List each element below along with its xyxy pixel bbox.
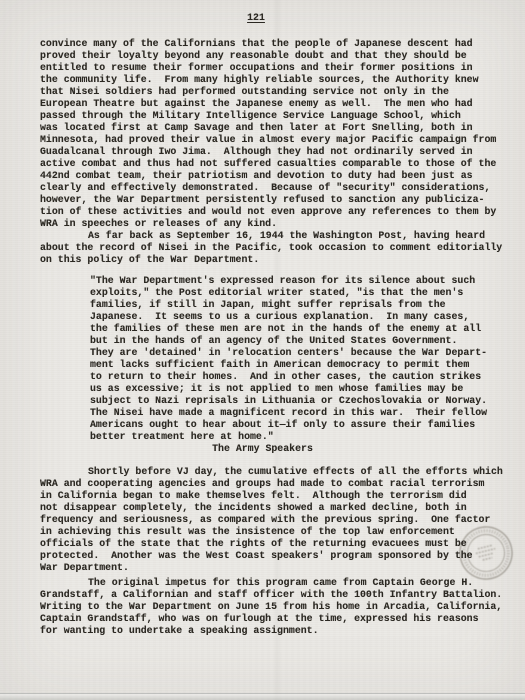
section-heading: The Army Speakers: [0, 443, 525, 455]
bottom-scan-edge: [0, 693, 525, 700]
washington-post-paragraph: As far back as September 16, 1944 the Wa…: [40, 230, 502, 266]
editorial-blockquote: "The War Department's expressed reason f…: [90, 275, 487, 443]
body-paragraph-continuation: convince many of the Californians that t…: [40, 38, 496, 230]
army-speakers-paragraph: Shortly before VJ day, the cumulative ef…: [40, 466, 503, 574]
paper-sheet: 121 convince many of the Californians th…: [0, 0, 525, 700]
page-number: 121: [0, 12, 512, 24]
grandstaff-paragraph: The original impetus for this program ca…: [40, 577, 502, 637]
